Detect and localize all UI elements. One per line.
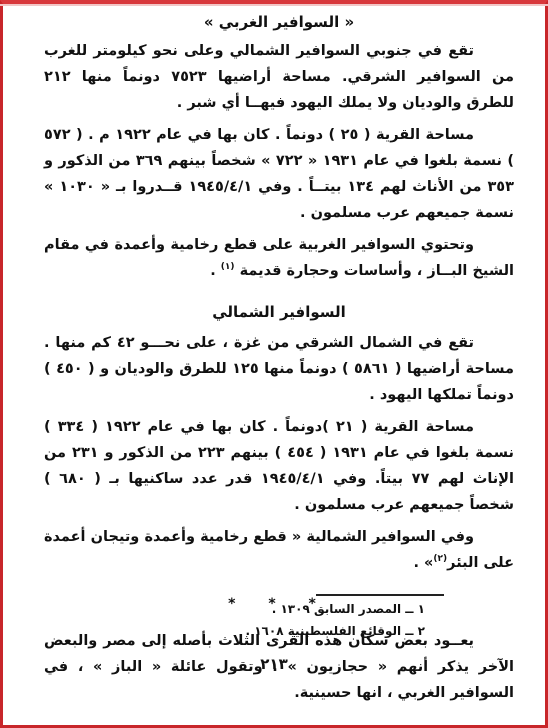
paragraph-text: وتحتوي السوافير الغربية على قطع رخامية و… xyxy=(44,237,514,279)
page-number: ٢١٣ xyxy=(0,655,548,673)
paragraph-text: وفي السوافير الشمالية « قطع رخامية وأعمد… xyxy=(44,529,514,571)
footnote-1: ١ ــ المصدر السابق ١٣٠٩ . xyxy=(200,598,425,620)
footnote-2: ٢ ــ الوقائع الفلسطينية ١٦٠٨ . xyxy=(200,620,425,642)
footnotes: ١ ــ المصدر السابق ١٣٠٩ . ٢ ــ الوقائع ا… xyxy=(200,598,425,642)
paragraph-population-western: مساحة القرية ( ٢٥ ) دونماً . كان بها في … xyxy=(44,122,514,226)
footnote-ref-1: (١) xyxy=(221,262,235,272)
paragraph-end: . xyxy=(210,263,221,279)
paragraph-location-northern: تقع في الشمال الشرقي من غزة ، على نحـــو… xyxy=(44,330,514,408)
paragraph-antiquities-western: وتحتوي السوافير الغربية على قطع رخامية و… xyxy=(44,232,514,284)
section-title-western-sawafir: « السوافير الغربي » xyxy=(44,8,514,36)
paragraph-antiquities-northern: وفي السوافير الشمالية « قطع رخامية وأعمد… xyxy=(44,524,514,576)
paragraph-population-northern: مساحة القرية ( ٢١ )دونماً . كان بها في ع… xyxy=(44,414,514,518)
paragraph-end: » . xyxy=(413,555,433,571)
footnote-ref-2: (٢) xyxy=(433,554,447,564)
footnote-divider xyxy=(316,594,444,596)
paragraph-location-western: تقع في جنوبي السوافير الشمالي وعلى نحو ك… xyxy=(44,38,514,116)
section-title-northern-sawafir: السوافير الشمالي xyxy=(44,298,514,326)
top-border-strip xyxy=(0,4,548,6)
